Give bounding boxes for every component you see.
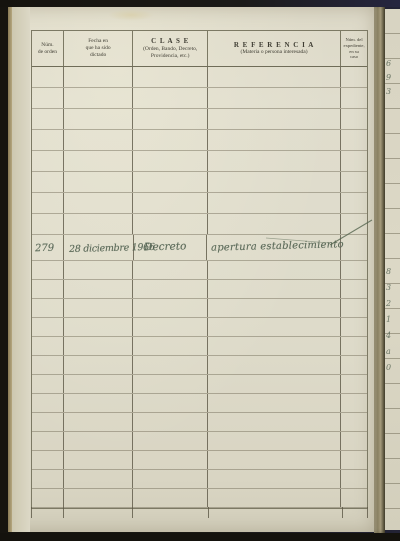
table-cell [64,413,134,431]
table-cell: 28 diciembre 1966 [64,235,134,260]
header-text: caso [350,54,358,60]
table-cell [32,356,64,374]
column-line-extension [342,507,343,518]
table-row [32,470,367,489]
table-cell [208,109,341,129]
table-cell [64,356,134,374]
header-text: dictado [90,52,106,59]
table-cell [32,109,64,129]
table-cell: Decreto [134,235,208,260]
table-cell [133,299,208,317]
table-cell [133,280,208,298]
table-cell [32,172,64,192]
table-cell [32,280,64,298]
table-cell [208,130,341,150]
table-cell [64,151,134,171]
table-cell [208,432,341,450]
registry-table: Núm. de orden Fecha en que ha sido dicta… [31,30,368,509]
table-cell [32,451,64,469]
table-cell [341,261,367,279]
table-cell [32,337,64,355]
table-cell [64,375,134,393]
column-line-extension [132,507,133,518]
handwritten-num: 279 [32,235,55,255]
table-cell [32,375,64,393]
header-clase-sub: Providencia, etc.) [151,53,190,60]
table-cell [64,489,134,507]
table-cell [133,67,208,87]
table-cell [208,337,341,355]
header-referencia: R E F E R E N C I A (Materia o persona i… [208,31,341,66]
table-cell [341,214,367,234]
column-line-extension [31,507,32,518]
table-cell [133,214,208,234]
table-row [32,109,367,130]
ledger-page: Núm. de orden Fecha en que ha sido dicta… [8,7,374,532]
table-cell [341,394,367,412]
table-cell: apertura establecimiento [207,235,341,260]
table-cell [64,88,134,108]
table-header-row: Núm. de orden Fecha en que ha sido dicta… [32,31,367,67]
header-referencia-sub: (Materia o persona interesada) [241,49,308,56]
page-edge-handwriting: 8 3 2 1 4 a 0 [386,264,399,394]
table-cell [32,67,64,87]
table-row [32,394,367,413]
table-cell [341,67,367,87]
table-row [32,413,367,432]
table-cell [133,193,208,213]
table-cell [341,337,367,355]
table-cell [64,280,134,298]
table-cell [341,151,367,171]
scan-background-top [0,0,400,7]
table-row [32,375,367,394]
table-cell [341,375,367,393]
table-cell [341,280,367,298]
table-cell [32,88,64,108]
table-cell [32,299,64,317]
table-cell [64,318,134,336]
table-cell [208,394,341,412]
table-cell [133,375,208,393]
header-text: Núm. [41,42,53,49]
table-row [32,67,367,88]
table-cell [64,193,134,213]
table-cell [133,356,208,374]
table-cell [208,318,341,336]
header-fecha: Fecha en que ha sido dictado [64,31,134,66]
table-cell [341,235,367,260]
table-row [32,214,367,235]
table-cell [208,413,341,431]
table-cell [341,130,367,150]
table-cell [32,193,64,213]
table-cell [133,489,208,507]
table-cell [133,261,208,279]
table-cell [32,470,64,488]
table-cell [64,109,134,129]
table-cell [32,151,64,171]
table-cell [133,130,208,150]
table-cell [341,109,367,129]
header-clase-title: C L A S E [151,37,189,46]
table-cell [133,451,208,469]
table-cell [64,172,134,192]
table-cell [208,356,341,374]
table-cell [64,394,134,412]
header-text: Fecha en [88,38,108,45]
header-clase: C L A S E (Orden, Bando, Decreto, Provid… [133,31,208,66]
table-cell [64,451,134,469]
table-cell [341,489,367,507]
handwritten-referencia: apertura establecimiento [207,233,344,254]
table-cell [341,88,367,108]
table-row [32,489,367,508]
table-cell [133,88,208,108]
table-cell [64,130,134,150]
table-cell [32,413,64,431]
table-cell [341,413,367,431]
table-cell [341,432,367,450]
table-cell [133,151,208,171]
table-row [32,318,367,337]
table-cell [64,261,134,279]
table-cell [133,109,208,129]
table-cell [133,318,208,336]
paper-stain [108,9,154,21]
table-cell [32,432,64,450]
table-cell [208,67,341,87]
table-cell [64,299,134,317]
table-row [32,88,367,109]
table-cell [208,451,341,469]
table-body: 27928 diciembre 1966Decretoapertura esta… [32,67,367,508]
table-cell [32,394,64,412]
column-line-extension [208,507,209,518]
table-row [32,151,367,172]
table-cell [208,172,341,192]
header-clase-sub: (Orden, Bando, Decreto, [143,46,197,53]
header-text: que ha sido [86,45,111,52]
table-cell [32,214,64,234]
table-cell [64,337,134,355]
table-cell [64,470,134,488]
table-cell [341,299,367,317]
page-edge-handwriting: 6 9 3 [386,57,399,127]
table-cell [208,193,341,213]
header-num-expediente: Núm. del expediente, en su caso [341,31,367,66]
table-cell [208,261,341,279]
table-cell [208,299,341,317]
entry-row: 27928 diciembre 1966Decretoapertura esta… [32,235,367,261]
table-row [32,356,367,375]
table-cell [133,337,208,355]
table-cell [341,451,367,469]
table-row [32,130,367,151]
adjacent-page-edge: 6 9 3 8 3 2 1 4 a 0 [385,9,400,530]
table-cell [208,280,341,298]
table-cell [208,470,341,488]
header-num-orden: Núm. de orden [32,31,64,66]
table-cell [341,470,367,488]
table-cell [64,67,134,87]
table-cell: 279 [32,235,64,260]
book-binding-gutter [374,5,385,534]
table-row [32,261,367,280]
table-cell [133,172,208,192]
table-cell [32,130,64,150]
table-cell [341,193,367,213]
table-cell [133,470,208,488]
column-line-extension [63,507,64,518]
table-cell [208,151,341,171]
table-cell [32,489,64,507]
handwritten-clase: Decreto [133,234,186,253]
table-row [32,299,367,318]
table-cell [341,318,367,336]
table-cell [341,172,367,192]
header-text: de orden [38,49,57,56]
table-row [32,432,367,451]
table-row [32,337,367,356]
column-line-extension [367,507,368,518]
scan-background-bottom [0,533,400,541]
table-row [32,193,367,214]
table-cell [133,413,208,431]
page-left-edge-shade [12,7,30,532]
table-cell [208,88,341,108]
table-cell [208,375,341,393]
table-row [32,172,367,193]
table-row [32,451,367,470]
table-cell [133,432,208,450]
table-cell [32,318,64,336]
table-cell [133,394,208,412]
table-cell [64,432,134,450]
table-row [32,280,367,299]
table-cell [64,214,134,234]
table-cell [32,261,64,279]
table-cell [341,356,367,374]
table-cell [208,214,341,234]
table-cell [208,489,341,507]
